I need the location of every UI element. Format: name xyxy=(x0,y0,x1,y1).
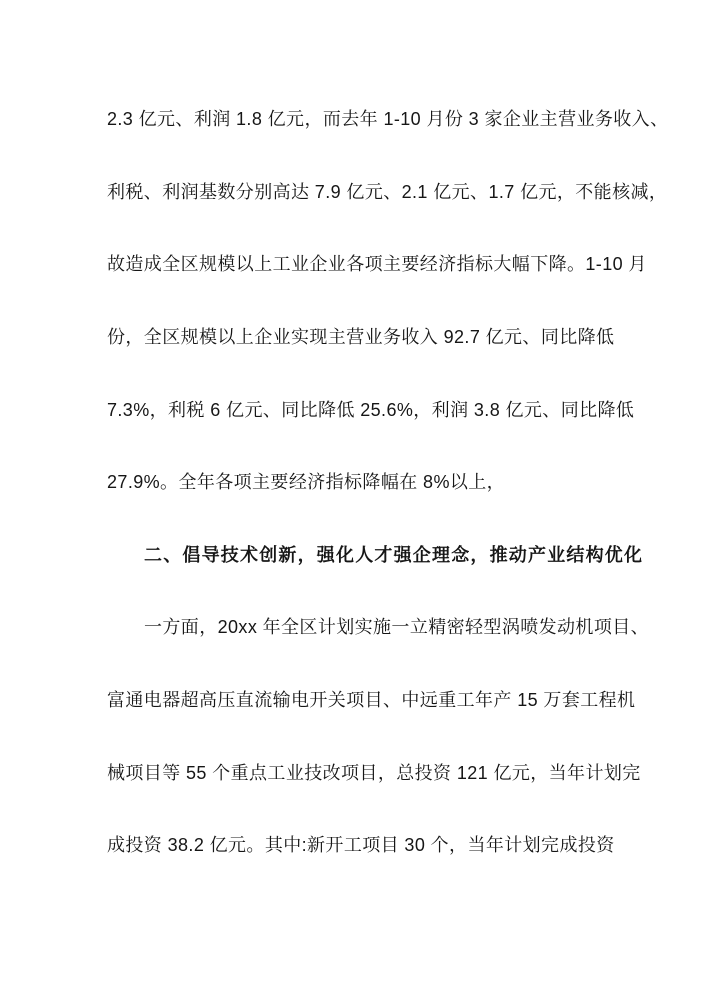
text-line: 一方面，20xx 年全区计划实施一立精密轻型涡喷发动机项目、 xyxy=(107,590,641,663)
text-line: 富通电器超高压直流输电开关项目、中远重工年产 15 万套工程机 xyxy=(107,663,641,736)
text-line: 故造成全区规模以上工业企业各项主要经济指标大幅下降。1-10 月 xyxy=(107,227,641,300)
text-line: 械项目等 55 个重点工业技改项目，总投资 121 亿元，当年计划完 xyxy=(107,735,641,808)
text-line: 27.9%。全年各项主要经济指标降幅在 8%以上， xyxy=(107,445,641,518)
document-page: 2.3 亿元、利润 1.8 亿元，而去年 1-10 月份 3 家企业主营业务收入… xyxy=(0,0,711,1006)
text-line: 成投资 38.2 亿元。其中:新开工项目 30 个，当年计划完成投资 xyxy=(107,808,641,881)
text-line: 利税、利润基数分别高达 7.9 亿元、2.1 亿元、1.7 亿元，不能核减， xyxy=(107,155,641,228)
section-heading: 二、倡导技术创新，强化人才强企理念，推动产业结构优化 xyxy=(107,518,641,591)
text-line: 7.3%，利税 6 亿元、同比降低 25.6%，利润 3.8 亿元、同比降低 xyxy=(107,372,641,445)
document-body: 2.3 亿元、利润 1.8 亿元，而去年 1-10 月份 3 家企业主营业务收入… xyxy=(0,0,711,881)
text-line: 2.3 亿元、利润 1.8 亿元，而去年 1-10 月份 3 家企业主营业务收入… xyxy=(107,82,641,155)
text-line: 份，全区规模以上企业实现主营业务收入 92.7 亿元、同比降低 xyxy=(107,300,641,373)
